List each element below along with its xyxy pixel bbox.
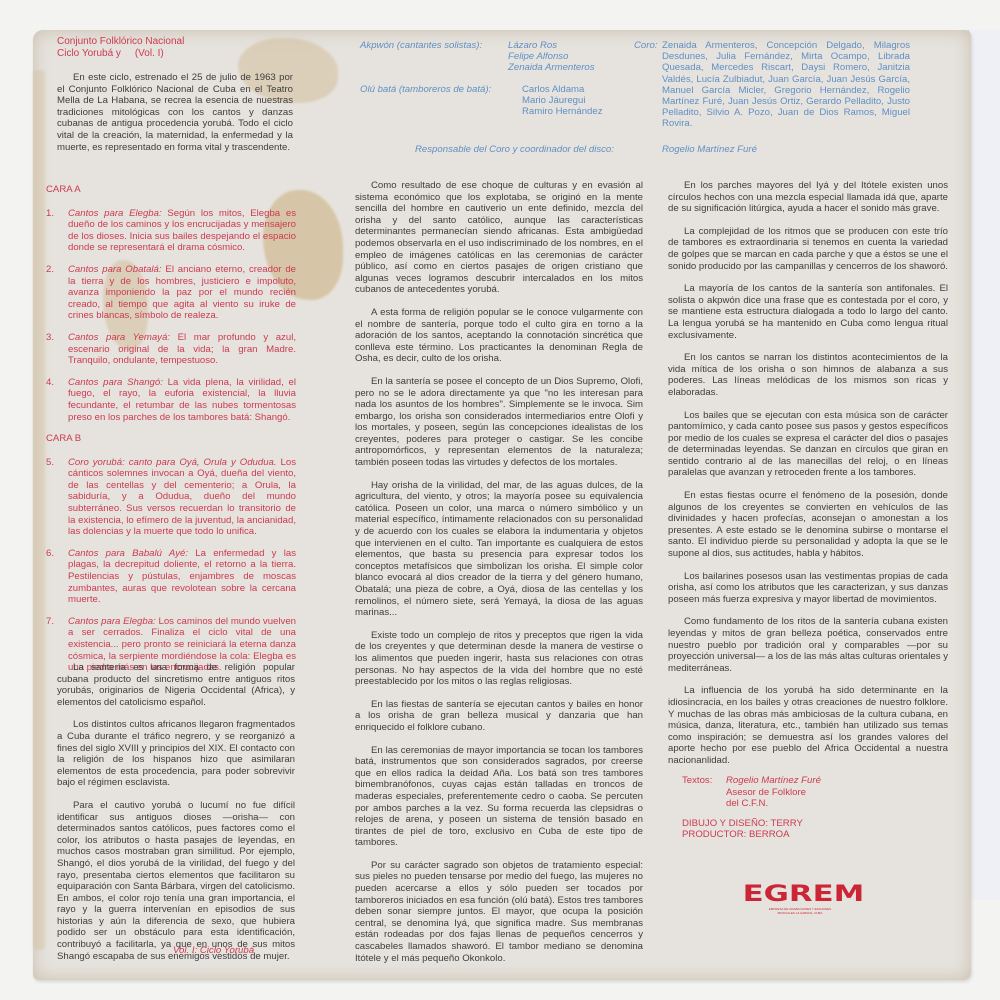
body-paragraph: Los bailarines posesos usan las vestimen… [668,571,948,606]
olu-name-1: Carlos Aldama [522,84,584,95]
body-paragraph: Como fundamento de los ritos de la sante… [668,616,948,674]
akpwon-label: Akpwón (cantantes solistas): [360,40,482,51]
texts-label: Textos: [682,775,712,787]
track-number: 5. [46,457,54,469]
body-paragraph: En las fiestas de santería se ejecutan c… [355,699,643,734]
egrem-logo-subtitle: EMPRESA DE GRABACIONES Y EDICIONES MUSIC… [760,907,840,915]
album-header: Conjunto Folklórico Nacional Ciclo Yorub… [57,36,184,60]
track-title: Cantos para Shangó: [68,377,163,388]
tracklist: CARA A 1.Cantos para Elegba: Según los m… [46,180,296,684]
intro-paragraph: En este ciclo, estrenado el 25 de julio … [57,72,293,153]
responsible-label: Responsable del Coro y coordinador del d… [415,144,614,155]
body-paragraph: La influencia de los yorubá ha sido dete… [668,685,948,766]
volume-label: (Vol. I) [135,48,164,59]
akpwon-name-2: Felipe Alfonso [508,51,568,62]
olu-name-3: Ramiro Hernández [522,106,603,117]
body-paragraph: Los distintos cultos africanos llegaron … [57,719,295,789]
track-number: 1. [46,208,54,220]
inner-sleeve-edge [968,30,1000,900]
body-paragraph: En los cantos se narran los distintos ac… [668,352,948,398]
footer-volume: Vol. I: Ciclo Yorubá [173,945,254,956]
track-description: Los cánticos solemnes invocan a Oyá, due… [68,457,296,538]
coro-label: Coro: [634,40,657,51]
design-credit: DIBUJO Y DISEÑO: TERRY [682,818,821,830]
group-name: Conjunto Folklórico Nacional [57,36,184,48]
olu-label: Olú batá (tamboreros de batá): [360,84,491,95]
track-item: 2.Cantos para Obatalá: El anciano eterno… [46,264,296,322]
column-left-text: La santería es una forma de religión pop… [57,662,295,973]
track-item: 5.Coro yorubá: canto para Oyá, Orula y O… [46,457,296,538]
akpwon-name-1: Lázaro Ros [508,40,557,51]
body-paragraph: La complejidad de los ritmos que se prod… [668,226,948,272]
olu-name-2: Mario Jáuregui [522,95,585,106]
track-title: Cantos para Obatalá: [68,264,162,275]
track-title: Cantos para Elegba: [68,616,156,627]
texts-author: Rogelio Martínez Furé [726,775,821,787]
track-number: 3. [46,332,54,344]
body-paragraph: En la santería se posee el concepto de u… [355,376,643,469]
side-b-label: CARA B [46,433,296,445]
track-number: 2. [46,264,54,276]
paper-wear [33,70,45,950]
track-item: 1.Cantos para Elegba: Según los mitos, E… [46,208,296,254]
body-paragraph: La mayoría de los cantos de la santería … [668,283,948,341]
body-paragraph: Como resultado de ese choque de culturas… [355,180,643,296]
body-paragraph: Por su carácter sagrado son objetos de t… [355,860,643,964]
track-title: Cantos para Yemayá: [68,332,170,343]
body-paragraph: En las ceremonias de mayor importancia s… [355,745,643,849]
side-a-tracks: 1.Cantos para Elegba: Según los mitos, E… [46,208,296,424]
producer-credit: PRODUCTOR: BERROA [682,829,821,841]
body-paragraph: Existe todo un complejo de ritos y prece… [355,630,643,688]
column-right-text: En los parches mayores del Iyá y del Itó… [668,180,948,778]
track-title: Cantos para Elegba: [68,208,162,219]
responsible-name: Rogelio Martínez Furé [662,144,757,155]
intro-block: En este ciclo, estrenado el 25 de julio … [57,72,293,164]
track-number: 6. [46,548,54,560]
body-paragraph: A esta forma de religión popular se le c… [355,307,643,365]
side-b-tracks: 5.Coro yorubá: canto para Oyá, Orula y O… [46,457,296,674]
texts-role-1: Asesor de Folklore [726,787,821,799]
track-number: 7. [46,616,54,628]
staff-credits: Textos: Rogelio Martínez Furé Asesor de … [682,775,821,841]
body-paragraph: Para el cautivo yorubá o lucumí no fue d… [57,800,295,962]
track-item: 4.Cantos para Shangó: La vida plena, la … [46,377,296,423]
column-middle-text: Como resultado de ese choque de culturas… [355,180,643,975]
track-item: 3.Cantos para Yemayá: El mar profundo y … [46,332,296,367]
track-number: 4. [46,377,54,389]
coro-names: Zenaida Armenteros, Concepción Delgado, … [662,40,910,130]
body-paragraph: En estas fiestas ocurre el fenómeno de l… [668,490,948,560]
egrem-logo-mark: EGREM [743,882,865,907]
track-item: 6.Cantos para Babalú Ayé: La enfermedad … [46,548,296,606]
body-paragraph: En los parches mayores del Iyá y del Itó… [668,180,948,215]
egrem-logo: EGREM EMPRESA DE GRABACIONES Y EDICIONES… [760,882,847,915]
track-title: Coro yorubá: canto para Oyá, Orula y Odu… [68,457,277,468]
cycle-name: Ciclo Yorubá y [57,48,121,59]
body-paragraph: Hay orisha de la virilidad, del mar, de … [355,480,643,619]
body-paragraph: La santería es una forma de religión pop… [57,662,295,708]
akpwon-name-3: Zenaida Armenteros [508,62,595,73]
body-paragraph: Los bailes que se ejecutan con esta músi… [668,410,948,480]
side-a-label: CARA A [46,184,296,196]
track-title: Cantos para Babalú Ayé: [68,548,188,559]
texts-role-2: del C.F.N. [726,798,821,810]
